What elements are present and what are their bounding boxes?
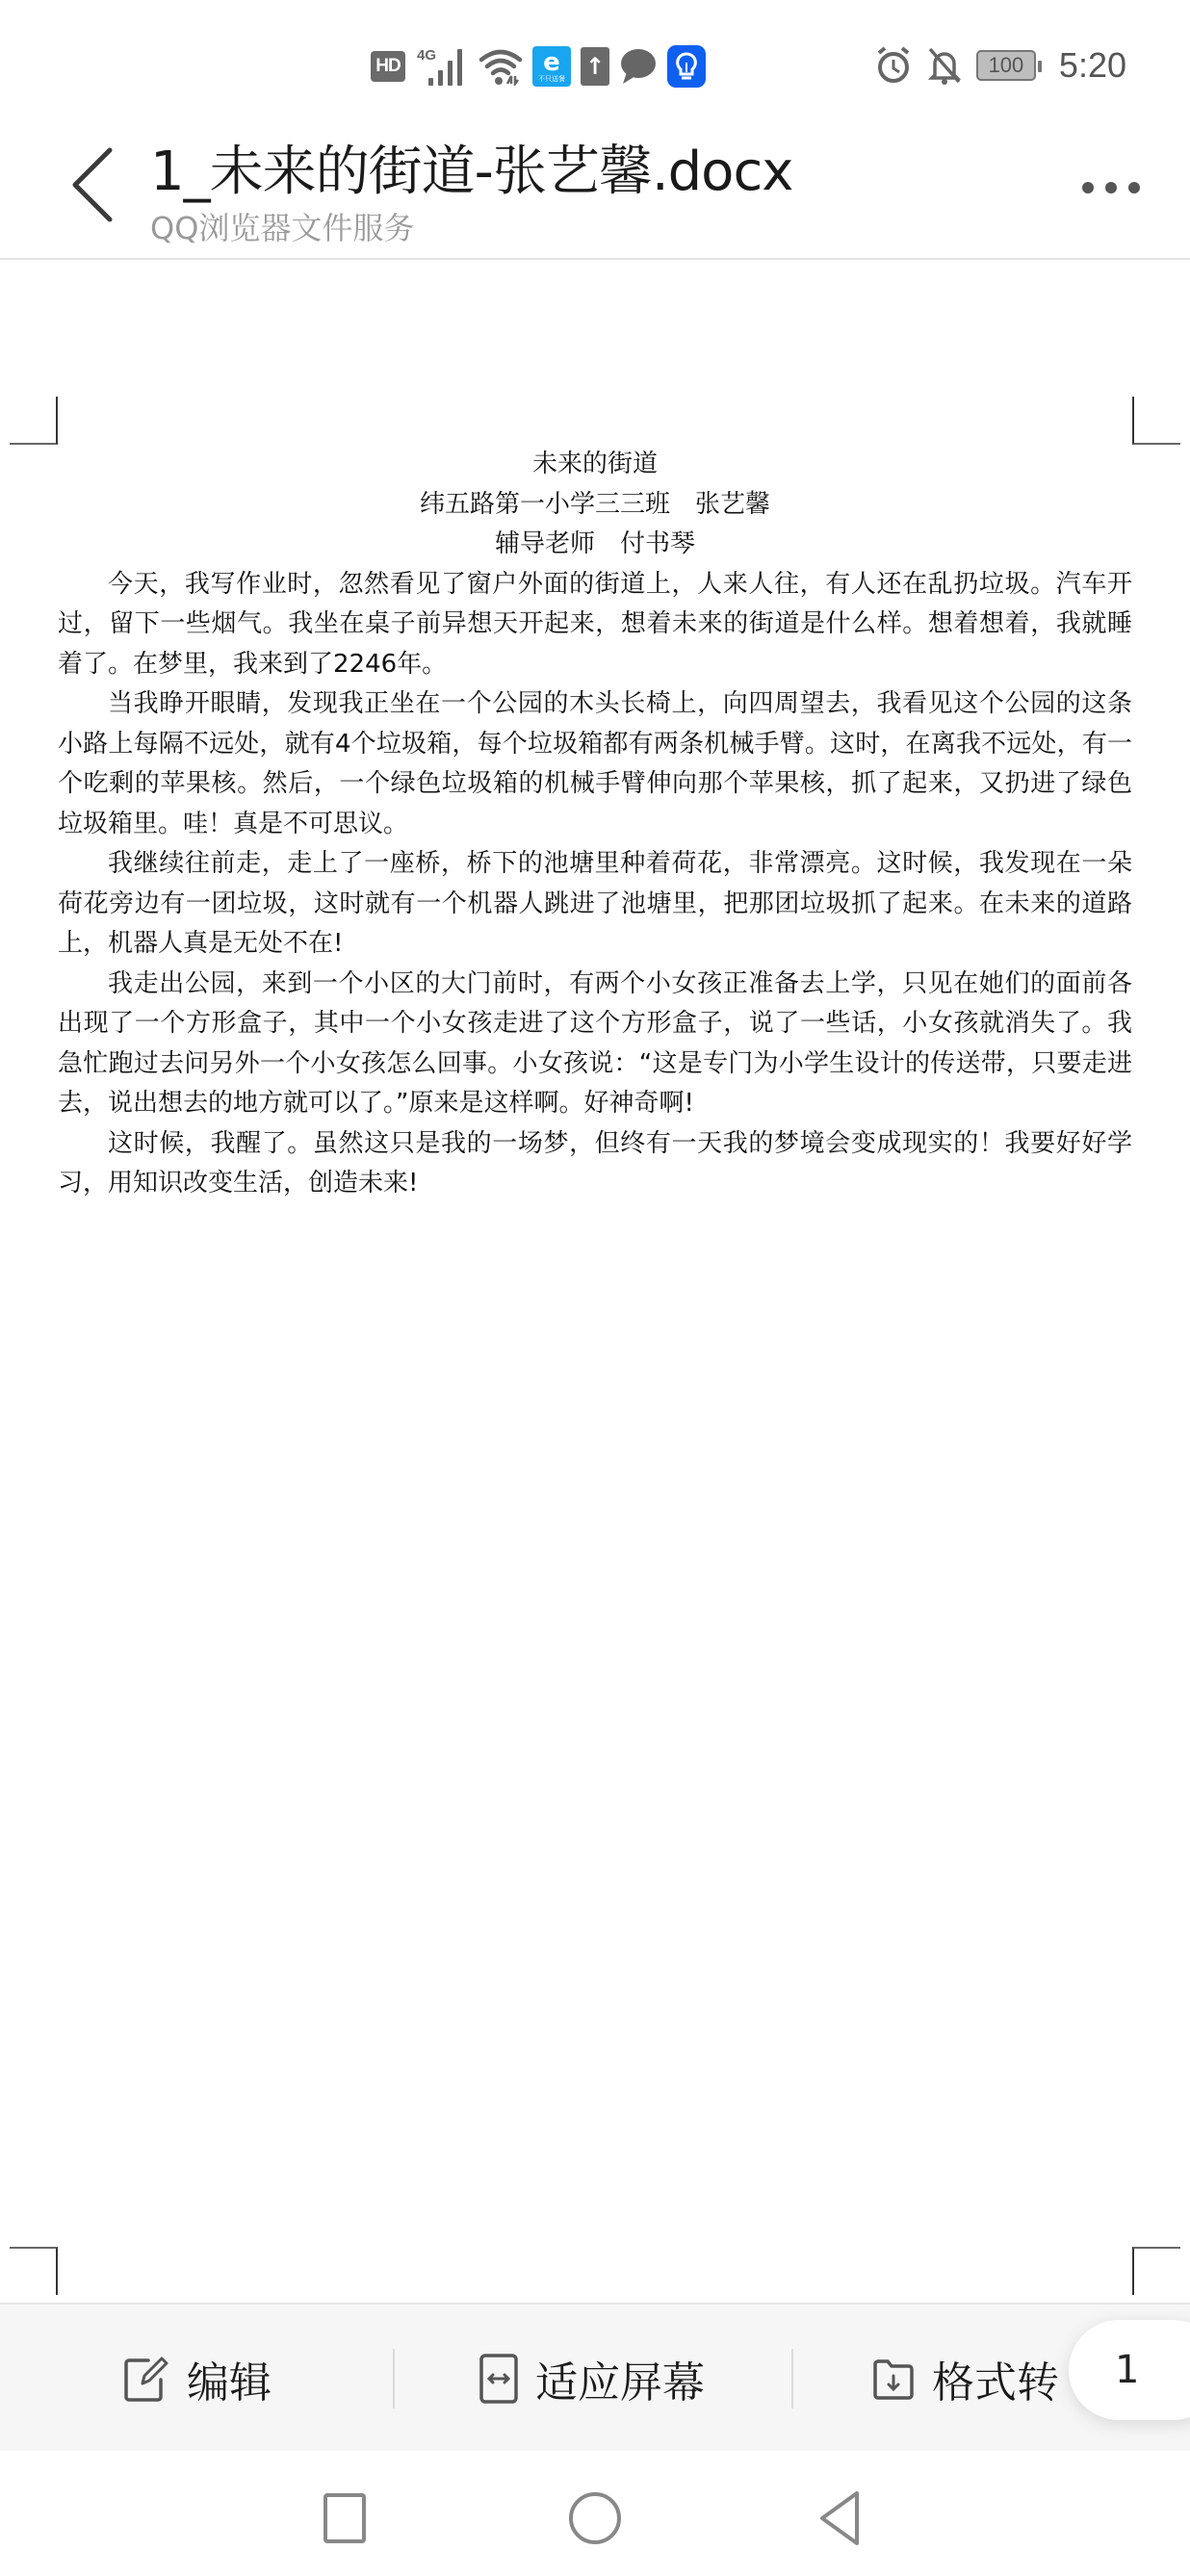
edit-icon [123, 2355, 169, 2403]
back-button[interactable] [64, 144, 121, 225]
paragraph: 我继续往前走，走上了一座桥，桥下的池塘里种着荷花，非常漂亮。这时候，我发现在一朵… [58, 844, 1132, 965]
paragraph: 我走出公园，来到一个小区的大门前时，有两个小女孩正准备去上学，只见在她们的面前各… [58, 965, 1132, 1124]
system-indicators: 100 5:20 [874, 42, 1126, 89]
clock: 5:20 [1059, 45, 1126, 86]
recent-apps-button[interactable] [318, 2489, 375, 2547]
square-icon [318, 2489, 375, 2547]
page-corner-mark [1132, 2247, 1180, 2295]
status-bar: HD 4G e不只送餐 ↑ [0, 0, 1190, 116]
upload-icon: ↑ [581, 47, 609, 86]
dot-icon [1105, 182, 1117, 193]
more-options-button[interactable] [1082, 173, 1150, 202]
page-number-indicator[interactable]: 1 [1069, 2320, 1190, 2420]
circle-icon [566, 2489, 624, 2547]
cellular-signal-icon: 4G [415, 47, 469, 86]
document-title: 1_未来的街道-张艺馨.docx [150, 129, 792, 206]
format-convert-button[interactable]: 格式转 [872, 2305, 1059, 2453]
edit-button[interactable]: 编辑 [123, 2305, 272, 2453]
divider [791, 2349, 793, 2409]
teacher-line: 辅导老师 付书琴 [58, 525, 1132, 565]
document-source: QQ浏览器文件服务 [150, 204, 414, 248]
hd-icon: HD [371, 51, 405, 82]
page-content: 未来的街道 纬五路第一小学三三班 张艺馨 辅导老师 付书琴 今天，我写作业时，忽… [58, 445, 1132, 1204]
divider [393, 2349, 395, 2409]
format-convert-label: 格式转 [932, 2348, 1059, 2409]
triangle-back-icon [815, 2489, 872, 2547]
home-button[interactable] [566, 2489, 624, 2547]
essay-title: 未来的街道 [58, 445, 1132, 485]
message-icon [619, 47, 658, 86]
bell-off-icon [926, 45, 963, 86]
notification-icons: HD 4G e不只送餐 ↑ [371, 46, 706, 87]
page-corner-mark [1132, 397, 1180, 445]
bulb-app-icon [667, 45, 706, 88]
author-line: 纬五路第一小学三三班 张艺馨 [58, 485, 1132, 526]
eleme-app-icon: e不只送餐 [532, 46, 571, 87]
dot-icon [1128, 182, 1140, 193]
alarm-icon [874, 45, 913, 86]
paragraph: 当我睁开眼睛，发现我正坐在一个公园的木头长椅上，向四周望去，我看见这个公园的这条… [58, 684, 1132, 844]
wifi-icon [479, 47, 523, 86]
folder-download-icon [872, 2357, 915, 2401]
paragraph: 今天，我写作业时，忽然看见了窗户外面的街道上，人来人往，有人还在乱扔垃圾。汽车开… [58, 565, 1132, 685]
app-header: 1_未来的街道-张艺馨.docx QQ浏览器文件服务 [0, 116, 1190, 260]
edit-label: 编辑 [187, 2348, 272, 2409]
system-navigation-bar [0, 2451, 1190, 2576]
fit-width-icon [479, 2354, 518, 2404]
paragraph: 这时候，我醒了。虽然这只是我的一场梦，但终有一天我的梦境会变成现实的！我要好好学… [58, 1124, 1132, 1204]
fit-screen-button[interactable]: 适应屏幕 [479, 2305, 705, 2453]
page-corner-mark [10, 2247, 58, 2295]
network-type-label: 4G [417, 47, 436, 64]
document-viewer[interactable]: 未来的街道 纬五路第一小学三三班 张艺馨 辅导老师 付书琴 今天，我写作业时，忽… [0, 262, 1190, 2303]
dot-icon [1082, 182, 1094, 193]
battery-icon: 100 [976, 50, 1036, 81]
bottom-toolbar: 编辑 适应屏幕 格式转 [0, 2303, 1190, 2451]
back-nav-button[interactable] [815, 2489, 872, 2547]
page-corner-mark [10, 397, 58, 445]
fit-screen-label: 适应屏幕 [535, 2348, 705, 2409]
